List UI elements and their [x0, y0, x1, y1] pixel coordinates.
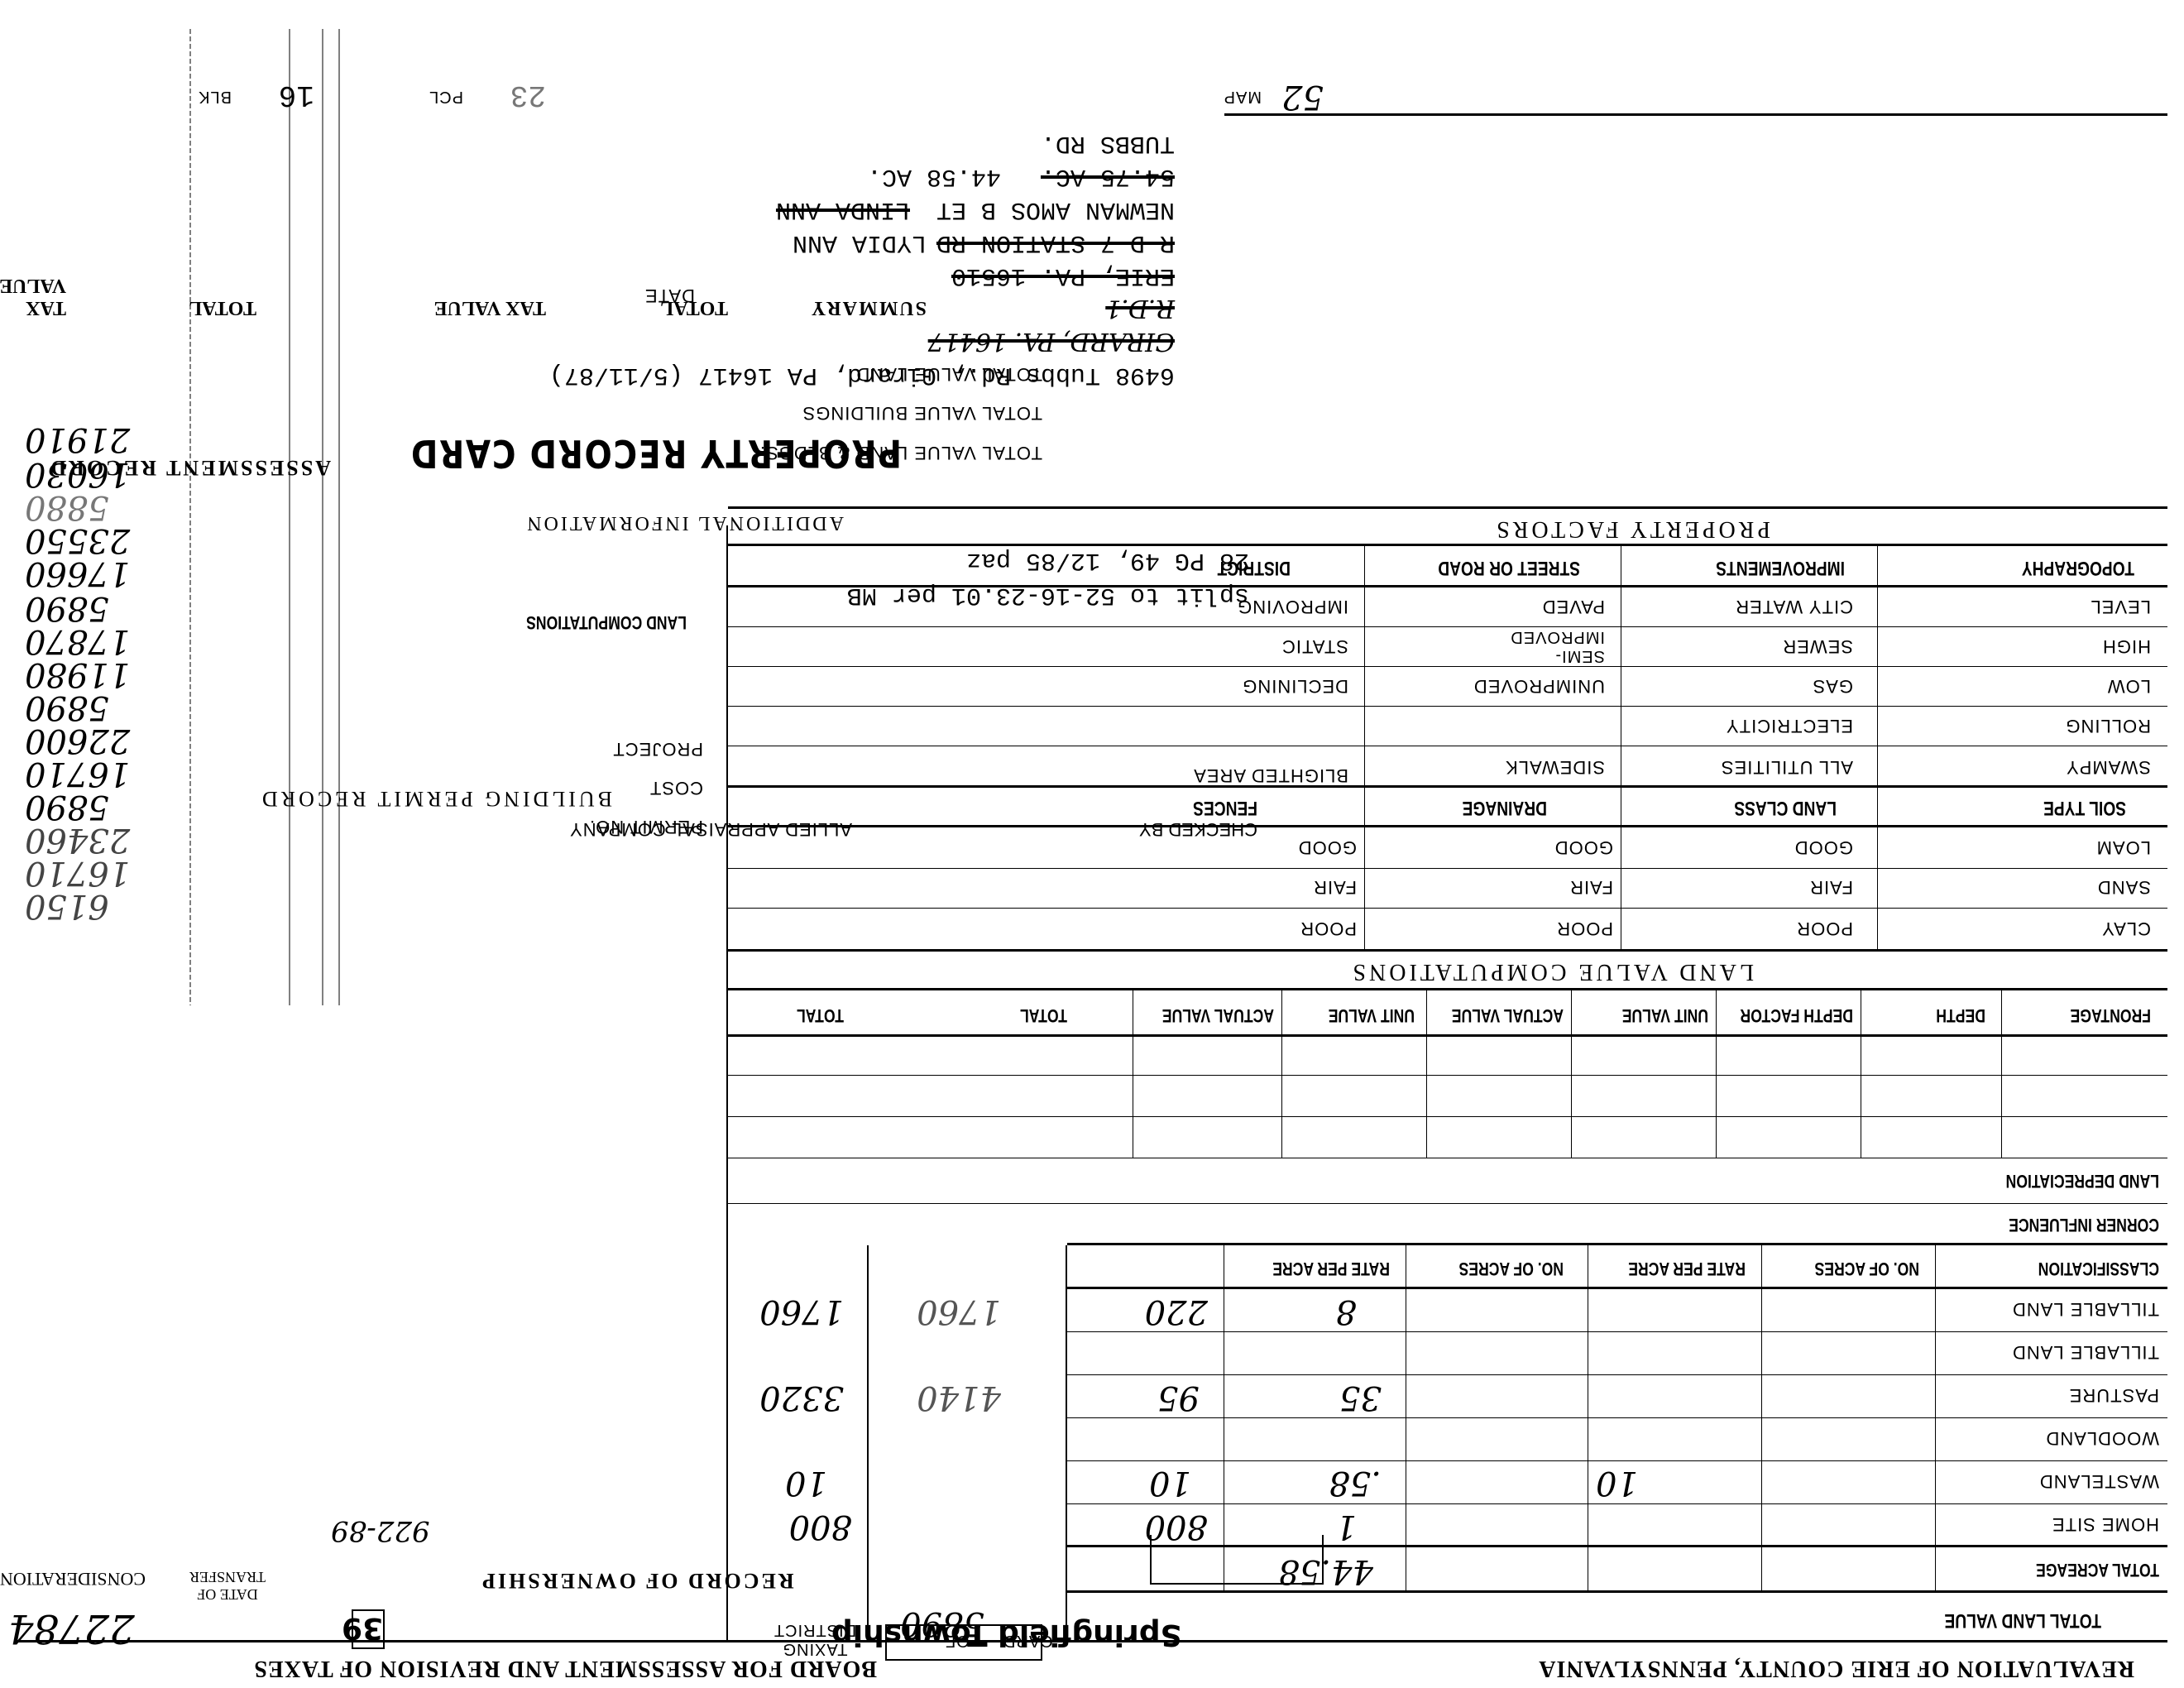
- road-semi-improved: SEMI-IMPROVED: [1506, 627, 1605, 665]
- owner-line-7: ERIE, PA. 16510: [951, 261, 1175, 290]
- fences-poor: POOR: [1300, 918, 1357, 939]
- pasture-value: 3320: [759, 1379, 844, 1417]
- owner-line-3: NEWMAN AMOS B ET: [936, 195, 1175, 223]
- topo-level: LEVEL: [2091, 596, 2152, 617]
- district-declining: DECLINING: [1242, 675, 1348, 697]
- impr-sewer: SEWER: [1782, 635, 1853, 657]
- board-title: BOARD FOR ASSESSMENT AND REVISION OF TAX…: [253, 1655, 877, 1681]
- property-factors-title: PROPERTY FACTORS: [1493, 516, 1770, 542]
- row-label-total-acreage: TOTAL ACREAGE: [2036, 1559, 2159, 1580]
- fences-header: FENCES: [1193, 796, 1257, 819]
- topo-high: HIGH: [2102, 635, 2151, 657]
- pcl-cell: [1150, 1535, 1324, 1585]
- township-name: Springfield Township: [831, 1618, 1182, 1652]
- wasteland-acres: .58: [1329, 1464, 1382, 1502]
- corner-influence-label: CORNER INFLUENCE: [2009, 1214, 2159, 1235]
- col-total-2: TOTAL: [797, 1005, 844, 1026]
- impr-city-water: CITY WATER: [1735, 596, 1853, 617]
- cost-label: COST: [649, 777, 703, 798]
- col-unit-value-1: UNIT VALUE: [1622, 1005, 1708, 1026]
- col-actual-value-1: ACTUAL VALUE: [1452, 1005, 1564, 1026]
- summary-col-total-1: TOTAL: [660, 296, 728, 319]
- district-blighted-area: BLIGHTED AREA: [1183, 765, 1348, 786]
- ownership-entry-record: 922-89: [331, 1514, 430, 1547]
- row-label-tillable-1: TILLABLE LAND: [2012, 1298, 2159, 1320]
- tillable-acres: 8: [1336, 1292, 1357, 1331]
- row-label-home-site: HOME SITE: [2052, 1513, 2159, 1535]
- topo-low: LOW: [2107, 675, 2151, 697]
- soil-type-header: SOIL TYPE: [2043, 796, 2126, 819]
- row-label-pasture: PASTURE: [2069, 1384, 2159, 1406]
- pasture-acres: 35: [1339, 1379, 1382, 1417]
- landclass-good: GOOD: [1794, 837, 1853, 858]
- owner-line-10: 6498 Tubbs Rd., Girard, PA 16417 (5/11/8…: [549, 361, 1175, 389]
- summary-total-value-land-bldgs: TOTAL VALUE LAND & BLDGS.: [759, 442, 1042, 463]
- summary-total-value-buildings: TOTAL VALUE BUILDINGS: [802, 402, 1042, 424]
- drainage-header: DRAINAGE: [1463, 796, 1547, 819]
- landclass-poor: POOR: [1796, 918, 1853, 939]
- row-label-woodland: WOODLAND: [2045, 1427, 2159, 1449]
- owner-line-6: R D 7 STATION RD: [936, 228, 1175, 257]
- land-depreciation-label: LAND DEPRECIATION: [2006, 1170, 2159, 1192]
- col-acres-1: NO. OF ACRES: [1815, 1258, 1919, 1279]
- soil-clay: CLAY: [2101, 918, 2151, 939]
- topo-rolling: ROLLING: [2065, 715, 2151, 736]
- checked-by-label: CHECKED BY: [943, 818, 1257, 840]
- improvements-header: IMPROVEMENTS: [1716, 556, 1845, 579]
- impr-gas: GAS: [1813, 675, 1853, 697]
- road-paved: PAVED: [1542, 596, 1605, 617]
- owner-line-5: LYDIA ANN: [793, 228, 927, 257]
- col-depth: DEPTH: [1936, 1005, 1985, 1026]
- home-site-value: 800: [789, 1508, 852, 1546]
- pcl-value: 23: [510, 78, 546, 112]
- owner-line-2: 44.58 AC.: [867, 162, 1001, 190]
- district-improving: IMPROVING: [1237, 596, 1348, 617]
- fences-good: GOOD: [1298, 837, 1357, 858]
- topography-header: TOPOGRAPHY: [2022, 556, 2134, 579]
- tillable-value: 1760: [759, 1292, 844, 1331]
- row-label-wasteland: WASTELAND: [2039, 1470, 2159, 1492]
- pcl-label: PCL: [429, 87, 463, 106]
- col-depth-factor: DEPTH FACTOR: [1740, 1005, 1853, 1026]
- project-label: PROJECT: [612, 738, 703, 760]
- handwritten-record-number: 22784: [8, 1605, 135, 1652]
- pasture-rate: 95: [1157, 1379, 1200, 1417]
- district-static: STATIC: [1281, 635, 1348, 657]
- road-sidewalk: SIDEWALK: [1505, 756, 1605, 778]
- consideration-header: CONSIDERATION: [0, 1568, 146, 1590]
- wasteland-rate-1: 10: [1596, 1464, 1638, 1502]
- record-of-ownership-title: RECORD OF OWNERSHIP: [480, 1568, 794, 1593]
- owner-line-0: TUBBS RD.: [1041, 129, 1175, 157]
- map-value: 52: [1281, 78, 1324, 116]
- row-label-tillable-2: TILLABLE LAND: [2012, 1341, 2159, 1363]
- drainage-poor: POOR: [1556, 918, 1613, 939]
- soil-loam: LOAM: [2096, 837, 2151, 858]
- summary-col-tax-1: TAX VALUE: [434, 296, 546, 319]
- owner-line-4: LINDA ANN: [776, 195, 910, 223]
- street-road-header: STREET OR ROAD: [1438, 556, 1580, 579]
- land-class-header: LAND CLASS: [1734, 796, 1837, 819]
- land-value-computations-title: LAND VALUE COMPUTATIONS: [1349, 958, 1754, 985]
- map-label: MAP: [1224, 87, 1262, 106]
- land-computations-label: LAND COMPUTATIONS: [526, 611, 687, 633]
- col-acres-2: NO. OF ACRES: [1459, 1258, 1564, 1279]
- col-actual-value-2: ACTUAL VALUE: [1162, 1005, 1274, 1026]
- drainage-fair: FAIR: [1569, 876, 1613, 898]
- fences-fair: FAIR: [1313, 876, 1357, 898]
- appraiser-name: ALLIED APPRAISAL COMPANY: [569, 818, 852, 840]
- landclass-fair: FAIR: [1809, 876, 1853, 898]
- wasteland-rate: 10: [1149, 1464, 1191, 1502]
- map-blk-pcl-row: [1150, 1535, 1621, 1585]
- additional-info-text: split to 52-16-23.01 per MB 28 PG 49, 12…: [819, 543, 1249, 612]
- col-rate-2: RATE PER ACRE: [1272, 1258, 1390, 1279]
- additional-info-title: ADDITIONAL INFORMATION: [524, 511, 844, 534]
- wasteland-value: 10: [785, 1464, 827, 1502]
- pasture-prev-value: 4140: [917, 1379, 1001, 1417]
- col-frontage: FRONTAGE: [2071, 1005, 2151, 1026]
- impr-all-utilities: ALL UTILITIES: [1721, 756, 1853, 778]
- total-land-value-label: TOTAL LAND VALUE: [1944, 1609, 2101, 1632]
- district-code-box: 39: [352, 1609, 385, 1649]
- road-unimproved: UNIMPROVED: [1473, 675, 1605, 697]
- soil-sand: SAND: [2097, 876, 2151, 898]
- tillable-rate: 220: [1145, 1292, 1208, 1331]
- summary-title: SUMMARY: [810, 296, 927, 319]
- date-of-transfer-header: DATE OF TRANSFER: [174, 1568, 281, 1603]
- impr-electricity: ELECTRICITY: [1726, 715, 1853, 736]
- col-unit-value-2: UNIT VALUE: [1329, 1005, 1415, 1026]
- drainage-good: GOOD: [1554, 837, 1613, 858]
- owner-line-9: GIRARD, PA. 16417: [928, 327, 1175, 356]
- owner-line-1: 54.75 AC.: [1041, 162, 1175, 190]
- col-rate-1: RATE PER ACRE: [1628, 1258, 1746, 1279]
- col-total-1: TOTAL: [1020, 1005, 1067, 1026]
- topo-swampy: SWAMPY: [2066, 756, 2151, 778]
- revaluation-title: REVALUATION OF ERIE COUNTY, PENNSYLVANIA: [1538, 1655, 2134, 1681]
- assessment-label-grid: [0, 29, 347, 1005]
- col-classification: CLASSIFICATION: [2038, 1258, 2159, 1279]
- tillable-prev-value: 1760: [917, 1292, 1001, 1331]
- owner-line-8: R.D.1: [1105, 294, 1175, 323]
